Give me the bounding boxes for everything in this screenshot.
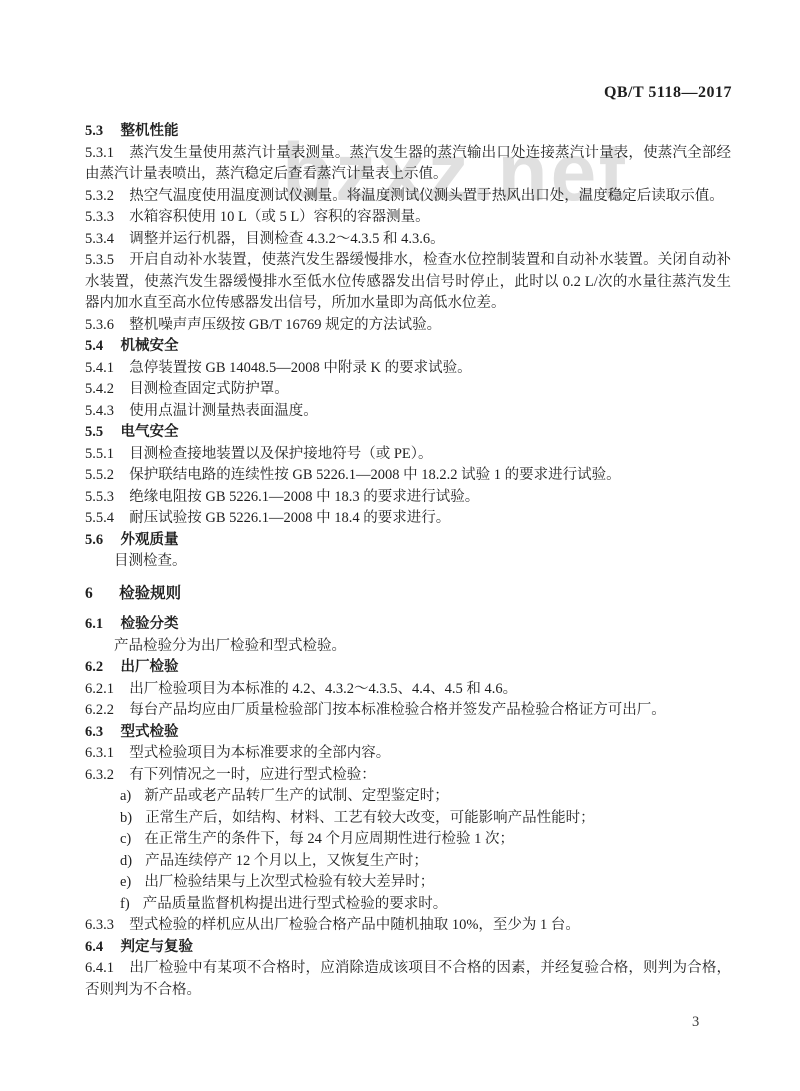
clause-paragraph: 5.4.1急停装置按 GB 14048.5—2008 中附录 K 的要求试验。	[85, 358, 731, 380]
list-marker: a)	[120, 786, 131, 808]
list-item: e)出厂检验结果与上次型式检验有较大差异时；	[85, 872, 731, 894]
list-item: a)新产品或老产品转厂生产的试制、定型鉴定时；	[85, 786, 731, 808]
clause-text: 正常生产后，如结构、材料、工艺有较大改变，可能影响产品性能时；	[145, 810, 595, 826]
clause-text: 调整并运行机器，目测检查 4.3.2～4.3.5 和 4.3.6。	[129, 231, 444, 247]
clause-number: 6.2	[85, 657, 103, 679]
clause-text: 外观质量	[121, 532, 179, 548]
clause-paragraph: 5.5.1目测检查接地装置以及保护接地符号（或 PE）。	[85, 444, 731, 466]
section-heading: 5.3整机性能	[85, 121, 731, 143]
clause-number: 5.4.2	[85, 379, 114, 401]
clause-text: 出厂检验中有某项不合格时，应消除造成该项目不合格的因素，并经复验合格，则判为合格…	[85, 960, 731, 998]
clause-number: 5.3.5	[85, 250, 114, 272]
clause-number: 5.5	[85, 422, 103, 444]
section-heading: 5.4机械安全	[85, 336, 731, 358]
clause-number: 6	[85, 583, 93, 605]
clause-paragraph: 6.2.1出厂检验项目为本标准的 4.2、4.3.2～4.3.5、4.4、4.5…	[85, 679, 731, 701]
clause-paragraph: 5.3.6整机噪声声压级按 GB/T 16769 规定的方法试验。	[85, 315, 731, 337]
clause-number: 6.2.1	[85, 679, 114, 701]
clause-text: 型式检验的样机应从出厂检验合格产品中随机抽取 10%，至少为 1 台。	[129, 917, 580, 933]
clause-text: 蒸汽发生量使用蒸汽计量表测量。蒸汽发生器的蒸汽输出口处连接蒸汽计量表，使蒸汽全部…	[85, 145, 731, 183]
clause-number: 5.4	[85, 336, 103, 358]
section-heading: 6.3型式检验	[85, 722, 731, 744]
list-item: b)正常生产后，如结构、材料、工艺有较大改变，可能影响产品性能时；	[85, 808, 731, 830]
clause-paragraph: 5.5.2保护联结电路的连续性按 GB 5226.1—2008 中 18.2.2…	[85, 465, 731, 487]
list-item: d)产品连续停产 12 个月以上，又恢复生产时；	[85, 851, 731, 873]
list-item: f)产品质量监督机构提出进行型式检验的要求时。	[85, 894, 731, 916]
clause-text: 绝缘电阻按 GB 5226.1—2008 中 18.3 的要求进行试验。	[129, 489, 479, 505]
clause-paragraph: 5.5.4耐压试验按 GB 5226.1—2008 中 18.4 的要求进行。	[85, 508, 731, 530]
clause-text: 出厂检验项目为本标准的 4.2、4.3.2～4.3.5、4.4、4.5 和 4.…	[129, 681, 517, 697]
clause-number: 5.3.1	[85, 143, 114, 165]
clause-number: 6.3.1	[85, 743, 114, 765]
clause-paragraph: 5.4.2目测检查固定式防护罩。	[85, 379, 731, 401]
section-heading: 5.6外观质量	[85, 530, 731, 552]
clause-paragraph: 5.5.3绝缘电阻按 GB 5226.1—2008 中 18.3 的要求进行试验…	[85, 487, 731, 509]
clause-number: 6.4	[85, 937, 103, 959]
list-item: c)在正常生产的条件下，每 24 个月应周期性进行检验 1 次；	[85, 829, 731, 851]
clause-text: 热空气温度使用温度测试仪测量。将温度测试仪测头置于热风出口处，温度稳定后读取示值…	[129, 188, 724, 204]
clause-paragraph: 5.3.3水箱容积使用 10 L（或 5 L）容积的容器测量。	[85, 207, 731, 229]
section-heading: 6.4判定与复验	[85, 937, 731, 959]
section-heading: 6.1检验分类	[85, 614, 731, 636]
clause-paragraph: 6.3.2有下列情况之一时，应进行型式检验：	[85, 765, 731, 787]
clause-text: 型式检验项目为本标准要求的全部内容。	[129, 745, 390, 761]
clause-text: 急停装置按 GB 14048.5—2008 中附录 K 的要求试验。	[129, 360, 471, 376]
list-marker: e)	[120, 872, 131, 894]
clause-number: 5.3	[85, 121, 103, 143]
clause-number: 5.4.1	[85, 358, 114, 380]
clause-text: 产品连续停产 12 个月以上，又恢复生产时；	[145, 853, 428, 869]
clause-number: 5.3.3	[85, 207, 114, 229]
clause-number: 5.3.2	[85, 186, 114, 208]
clause-text: 开启自动补水装置，使蒸汽发生器缓慢排水，检查水位控制装置和自动补水装置。关闭自动…	[85, 252, 731, 311]
list-marker: f)	[120, 894, 130, 916]
clause-text: 在正常生产的条件下，每 24 个月应周期性进行检验 1 次；	[144, 831, 514, 847]
clause-text: 机械安全	[121, 338, 179, 354]
document-body: 5.3整机性能5.3.1蒸汽发生量使用蒸汽计量表测量。蒸汽发生器的蒸汽输出口处连…	[85, 121, 731, 1001]
clause-paragraph: 5.3.5开启自动补水装置，使蒸汽发生器缓慢排水，检查水位控制装置和自动补水装置…	[85, 250, 731, 315]
clause-number: 5.4.3	[85, 401, 114, 423]
clause-text: 每台产品均应由厂质量检验部门按本标准检验合格并签发产品检验合格证方可出厂。	[129, 702, 666, 718]
clause-paragraph: 6.3.1型式检验项目为本标准要求的全部内容。	[85, 743, 731, 765]
clause-text: 出厂检验结果与上次型式检验有较大差异时；	[144, 874, 434, 890]
clause-text: 耐压试验按 GB 5226.1—2008 中 18.4 的要求进行。	[129, 510, 450, 526]
clause-text: 检验规则	[119, 585, 181, 602]
page-number: 3	[692, 1014, 699, 1031]
body-paragraph: 目测检查。	[85, 551, 731, 573]
clause-text: 出厂检验	[121, 659, 179, 675]
clause-number: 6.2.2	[85, 700, 114, 722]
clause-paragraph: 6.3.3型式检验的样机应从出厂检验合格产品中随机抽取 10%，至少为 1 台。	[85, 915, 731, 937]
clause-text: 保护联结电路的连续性按 GB 5226.1—2008 中 18.2.2 试验 1…	[129, 467, 620, 483]
section-heading: 5.5电气安全	[85, 422, 731, 444]
clause-text: 产品检验分为出厂检验和型式检验。	[114, 638, 346, 654]
list-marker: d)	[120, 851, 132, 873]
clause-number: 5.5.4	[85, 508, 114, 530]
clause-text: 有下列情况之一时，应进行型式检验：	[129, 767, 376, 783]
clause-text: 目测检查接地装置以及保护接地符号（或 PE）。	[129, 446, 432, 462]
clause-number: 6.3.3	[85, 915, 114, 937]
clause-number: 6.3.2	[85, 765, 114, 787]
clause-text: 目测检查。	[114, 553, 187, 569]
document-page: bzxz.net QB/T 5118—2017 5.3整机性能5.3.1蒸汽发生…	[0, 0, 800, 1091]
clause-text: 使用点温计测量热表面温度。	[129, 403, 318, 419]
body-paragraph: 产品检验分为出厂检验和型式检验。	[85, 636, 731, 658]
clause-text: 整机噪声声压级按 GB/T 16769 规定的方法试验。	[129, 317, 441, 333]
chapter-heading: 6检验规则	[85, 583, 731, 605]
clause-paragraph: 5.3.4调整并运行机器，目测检查 4.3.2～4.3.5 和 4.3.6。	[85, 229, 731, 251]
clause-number: 6.3	[85, 722, 103, 744]
standard-number-header: QB/T 5118—2017	[604, 84, 732, 102]
clause-paragraph: 5.4.3使用点温计测量热表面温度。	[85, 401, 731, 423]
clause-number: 5.5.1	[85, 444, 114, 466]
clause-text: 型式检验	[121, 724, 179, 740]
list-marker: c)	[120, 829, 131, 851]
clause-number: 5.6	[85, 530, 103, 552]
clause-text: 新产品或老产品转厂生产的试制、定型鉴定时；	[144, 788, 449, 804]
clause-number: 6.4.1	[85, 958, 114, 980]
clause-text: 检验分类	[121, 616, 179, 632]
clause-paragraph: 6.4.1出厂检验中有某项不合格时，应消除造成该项目不合格的因素，并经复验合格，…	[85, 958, 731, 1001]
clause-number: 5.5.3	[85, 487, 114, 509]
clause-text: 产品质量监督机构提出进行型式检验的要求时。	[143, 896, 448, 912]
list-marker: b)	[120, 808, 132, 830]
clause-number: 6.1	[85, 614, 103, 636]
clause-number: 5.3.4	[85, 229, 114, 251]
clause-text: 判定与复验	[121, 939, 194, 955]
clause-paragraph: 6.2.2每台产品均应由厂质量检验部门按本标准检验合格并签发产品检验合格证方可出…	[85, 700, 731, 722]
clause-text: 目测检查固定式防护罩。	[129, 381, 289, 397]
clause-paragraph: 5.3.1蒸汽发生量使用蒸汽计量表测量。蒸汽发生器的蒸汽输出口处连接蒸汽计量表，…	[85, 143, 731, 186]
clause-text: 水箱容积使用 10 L（或 5 L）容积的容器测量。	[129, 209, 429, 225]
clause-text: 电气安全	[121, 424, 179, 440]
section-heading: 6.2出厂检验	[85, 657, 731, 679]
clause-paragraph: 5.3.2热空气温度使用温度测试仪测量。将温度测试仪测头置于热风出口处，温度稳定…	[85, 186, 731, 208]
clause-text: 整机性能	[121, 123, 179, 139]
clause-number: 5.3.6	[85, 315, 114, 337]
clause-number: 5.5.2	[85, 465, 114, 487]
